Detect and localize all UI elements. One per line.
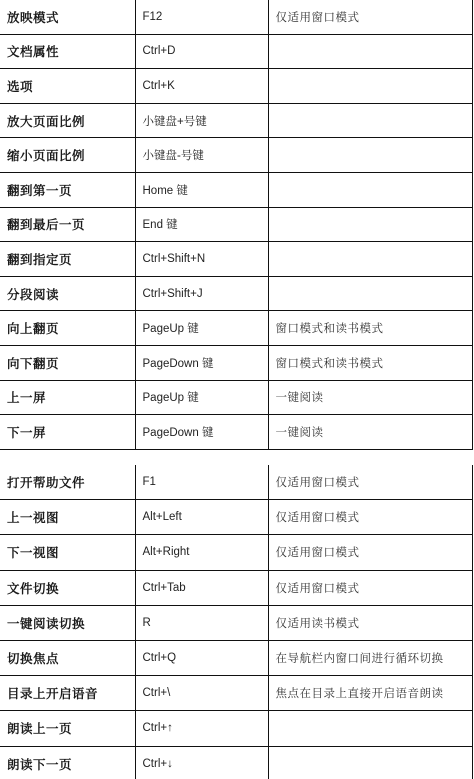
action-cell: 一键阅读切换 [0, 605, 135, 640]
action-cell: 放映模式 [0, 0, 135, 34]
shortcut-cell: Ctrl+\ [135, 676, 268, 711]
shortcut-cell: Ctrl+↑ [135, 711, 268, 746]
note-cell: 仅适用窗口模式 [268, 500, 472, 535]
note-cell: 仅适用窗口模式 [268, 570, 472, 605]
action-cell: 下一视图 [0, 535, 135, 570]
note-cell: 一键阅读 [268, 380, 472, 415]
action-cell: 上一屏 [0, 380, 135, 415]
shortcut-cell: Ctrl+D [135, 34, 268, 69]
shortcut-cell: Ctrl+↓ [135, 746, 268, 779]
shortcut-cell: PageDown 键 [135, 415, 268, 450]
action-cell: 朗读下一页 [0, 746, 135, 779]
table-row: 文档属性Ctrl+D [0, 34, 472, 69]
action-cell: 目录上开启语音 [0, 676, 135, 711]
note-cell [268, 207, 472, 242]
shortcut-cell: Ctrl+K [135, 69, 268, 104]
table-row: 下一视图Alt+Right仅适用窗口模式 [0, 535, 472, 570]
shortcut-cell: Home 键 [135, 172, 268, 207]
shortcut-cell: Alt+Right [135, 535, 268, 570]
table-row: 翻到指定页Ctrl+Shift+N [0, 242, 472, 277]
table-row: 缩小页面比例小键盘-号键 [0, 138, 472, 173]
action-cell: 翻到指定页 [0, 242, 135, 277]
shortcut-cell: F1 [135, 465, 268, 500]
note-cell: 一键阅读 [268, 415, 472, 450]
shortcut-cell: End 键 [135, 207, 268, 242]
table-row: 翻到最后一页End 键 [0, 207, 472, 242]
table-row: 朗读下一页Ctrl+↓ [0, 746, 472, 779]
shortcut-cell: Ctrl+Tab [135, 570, 268, 605]
action-cell: 选项 [0, 69, 135, 104]
table-row: 目录上开启语音Ctrl+\焦点在目录上直接开启语音朗读 [0, 676, 472, 711]
note-cell: 焦点在目录上直接开启语音朗读 [268, 676, 472, 711]
note-cell [268, 711, 472, 746]
note-cell [268, 746, 472, 779]
shortcut-table-1: 放映模式F12仅适用窗口模式 文档属性Ctrl+D 选项Ctrl+K 放大页面比… [0, 0, 473, 450]
note-cell: 窗口模式和读书模式 [268, 311, 472, 346]
action-cell: 上一视图 [0, 500, 135, 535]
shortcut-cell: 小键盘+号键 [135, 103, 268, 138]
shortcut-cell: 小键盘-号键 [135, 138, 268, 173]
note-cell [268, 276, 472, 311]
action-cell: 朗读上一页 [0, 711, 135, 746]
shortcut-cell: PageUp 键 [135, 380, 268, 415]
table-row: 向上翻页PageUp 键窗口模式和读书模式 [0, 311, 472, 346]
shortcut-cell: Ctrl+Q [135, 640, 268, 675]
action-cell: 翻到最后一页 [0, 207, 135, 242]
note-cell: 在导航栏内窗口间进行循环切换 [268, 640, 472, 675]
shortcut-cell: F12 [135, 0, 268, 34]
table-row: 上一视图Alt+Left仅适用窗口模式 [0, 500, 472, 535]
table-row: 朗读上一页Ctrl+↑ [0, 711, 472, 746]
shortcut-cell: R [135, 605, 268, 640]
note-cell: 仅适用窗口模式 [268, 535, 472, 570]
note-cell [268, 138, 472, 173]
note-cell [268, 172, 472, 207]
table-row: 选项Ctrl+K [0, 69, 472, 104]
table-row: 文件切换Ctrl+Tab仅适用窗口模式 [0, 570, 472, 605]
note-cell [268, 103, 472, 138]
action-cell: 分段阅读 [0, 276, 135, 311]
table-row: 下一屏PageDown 键一键阅读 [0, 415, 472, 450]
shortcut-cell: Ctrl+Shift+J [135, 276, 268, 311]
note-cell: 仅适用窗口模式 [268, 465, 472, 500]
note-cell [268, 242, 472, 277]
table-row: 放大页面比例小键盘+号键 [0, 103, 472, 138]
table-row: 一键阅读切换R仅适用读书模式 [0, 605, 472, 640]
action-cell: 切换焦点 [0, 640, 135, 675]
shortcut-table-2: 打开帮助文件F1仅适用窗口模式 上一视图Alt+Left仅适用窗口模式 下一视图… [0, 465, 473, 779]
note-cell: 仅适用读书模式 [268, 605, 472, 640]
table-row: 翻到第一页Home 键 [0, 172, 472, 207]
action-cell: 缩小页面比例 [0, 138, 135, 173]
action-cell: 放大页面比例 [0, 103, 135, 138]
table-row: 向下翻页PageDown 键窗口模式和读书模式 [0, 345, 472, 380]
action-cell: 向上翻页 [0, 311, 135, 346]
table-row: 分段阅读Ctrl+Shift+J [0, 276, 472, 311]
shortcut-cell: Alt+Left [135, 500, 268, 535]
table-row: 放映模式F12仅适用窗口模式 [0, 0, 472, 34]
action-cell: 打开帮助文件 [0, 465, 135, 500]
table-row: 打开帮助文件F1仅适用窗口模式 [0, 465, 472, 500]
table-row: 切换焦点Ctrl+Q在导航栏内窗口间进行循环切换 [0, 640, 472, 675]
shortcut-cell: Ctrl+Shift+N [135, 242, 268, 277]
note-cell [268, 69, 472, 104]
action-cell: 下一屏 [0, 415, 135, 450]
action-cell: 文件切换 [0, 570, 135, 605]
action-cell: 向下翻页 [0, 345, 135, 380]
note-cell [268, 34, 472, 69]
shortcut-cell: PageDown 键 [135, 345, 268, 380]
note-cell: 仅适用窗口模式 [268, 0, 472, 34]
note-cell: 窗口模式和读书模式 [268, 345, 472, 380]
table-row: 上一屏PageUp 键一键阅读 [0, 380, 472, 415]
shortcut-cell: PageUp 键 [135, 311, 268, 346]
action-cell: 翻到第一页 [0, 172, 135, 207]
action-cell: 文档属性 [0, 34, 135, 69]
